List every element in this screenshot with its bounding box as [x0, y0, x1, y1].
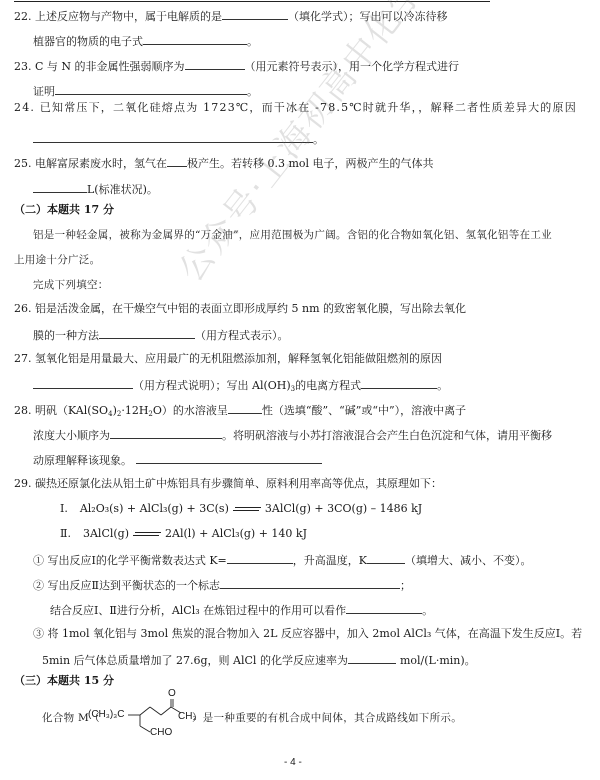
question-28-line3: 动原理解释该现象。	[33, 452, 322, 468]
equilibrium-arrow-icon	[133, 530, 161, 538]
question-text: L(标准状况)。	[87, 183, 158, 196]
reaction-1: Ⅰ.Al₂O₃(s) + AlCl₃(g) + 3C(s)3AlCl(g) + …	[60, 502, 422, 516]
reaction-products: 3AlCl(g) + 3CO(g) – 1486 kJ	[265, 502, 422, 515]
answer-blank[interactable]	[227, 552, 293, 564]
question-text: （填化学式）；写出可以冷冻待移	[288, 10, 448, 23]
section-2-intro: 铝是一种轻金属，被称为金属界的“万金油”，应用范围极为广阔。含铝的化合物如氧化铝…	[33, 228, 552, 242]
question-text: ，升高温度，K	[293, 554, 367, 567]
section-2-intro-cont: 上用途十分广泛。	[14, 253, 100, 267]
question-number: 23.	[14, 60, 32, 73]
tert-butyl-group: (CH₃)₃C	[88, 709, 124, 720]
answer-blank[interactable]	[222, 8, 288, 20]
question-text: 电解富尿素废水时，氢气在	[35, 157, 167, 170]
punctuation: 。	[437, 379, 448, 392]
answer-blank[interactable]	[33, 377, 133, 389]
question-text: （用元素符号表示），用一个化学方程式进行	[245, 60, 460, 73]
punctuation: 。	[422, 604, 433, 617]
section-3-title: （三）本题共 15 分	[14, 674, 114, 688]
reaction-reactants: Al₂O₃(s) + AlCl₃(g) + 3C(s)	[80, 502, 229, 515]
question-28: 28. 明矾（KAl(SO4)2·12H2O）的水溶液呈性（选填“酸”、“碱”或…	[14, 402, 466, 418]
answer-blank[interactable]	[346, 602, 422, 614]
question-text: ·12H	[121, 404, 148, 417]
question-27-line2: （用方程式说明）；写出 Al(OH)3的电离方程式。	[33, 377, 448, 393]
question-22-line2: 植器官的物质的电子式。	[33, 33, 258, 49]
question-text: 5min 后气体总质量增加了 27.6g，则 AlCl 的化学反应速率为	[42, 654, 348, 667]
question-text: 氢氧化铝是用量最大、应用最广的无机阻燃添加剂，解释氢氧化铝能做阻燃剂的原因	[35, 352, 442, 365]
question-text: 结合反应Ⅰ、Ⅱ进行分析，AlCl₃ 在炼铝过程中的作用可以看作	[50, 604, 346, 617]
question-text: 。将明矾溶液与小苏打溶液混合会产生白色沉淀和气体，请用平衡移	[222, 429, 552, 442]
question-27: 27. 氢氧化铝是用量最大、应用最广的无机阻燃添加剂，解释氢氧化铝能做阻燃剂的原…	[14, 352, 442, 366]
skeletal-formula-icon	[88, 694, 198, 750]
question-24: 24. 已知常压下，二氧化硅熔点为 1723℃，而干冰在 -78.5℃时就升华，…	[14, 101, 577, 115]
question-text: （填增大、减小、不变）。	[405, 554, 532, 567]
reaction-label: Ⅱ.	[60, 527, 71, 540]
aldehyde-group: CHO	[150, 727, 172, 738]
question-text: ② 写出反应Ⅱ达到平衡状态的一个标志	[33, 579, 220, 592]
reaction-label: Ⅰ.	[60, 502, 68, 515]
punctuation: 。	[247, 85, 258, 98]
question-23: 23. C 与 N 的非金属性强弱顺序为（用元素符号表示），用一个化学方程式进行	[14, 58, 459, 74]
reaction-reactants: 3AlCl(g)	[83, 527, 129, 540]
question-number: 25.	[14, 157, 32, 170]
question-26-line2: 膜的一种方法（用方程式表示）。	[33, 327, 289, 343]
section-2-instruction: 完成下列填空：	[33, 278, 109, 292]
question-text: 证明	[33, 85, 55, 98]
question-28-line2: 浓度大小顺序为。将明矾溶液与小苏打溶液混合会产生白色沉淀和气体，请用平衡移	[33, 427, 552, 443]
sub-question-3-cont: 5min 后气体总质量增加了 27.6g，则 AlCl 的化学反应速率为mol/…	[42, 652, 476, 668]
punctuation: 。	[313, 133, 324, 146]
answer-blank[interactable]	[99, 327, 195, 339]
question-number: 26.	[14, 302, 32, 315]
answer-blank[interactable]	[361, 377, 437, 389]
question-text: 浓度大小顺序为	[33, 429, 110, 442]
question-text: ① 写出反应Ⅰ的化学平衡常数表达式 K=	[33, 554, 227, 567]
answer-blank[interactable]	[136, 452, 322, 464]
reaction-2: Ⅱ.3AlCl(g)2Al(l) + AlCl₃(g) + 140 kJ	[60, 527, 307, 541]
sub-question-2-cont: 结合反应Ⅰ、Ⅱ进行分析，AlCl₃ 在炼铝过程中的作用可以看作。	[50, 602, 433, 618]
question-23-line2: 证明。	[33, 83, 258, 99]
section-2-title: （二）本题共 17 分	[14, 203, 114, 217]
question-text: 明矾（KAl(SO	[35, 404, 108, 417]
question-26: 26. 铝是活泼金属，在干燥空气中铝的表面立即形成厚约 5 nm 的致密氧化膜，…	[14, 302, 466, 316]
equilibrium-arrow-icon	[233, 505, 261, 513]
answer-blank[interactable]	[348, 652, 396, 664]
question-text: （用方程式表示）。	[195, 329, 289, 342]
answer-blank[interactable]	[228, 402, 262, 414]
question-number: 29.	[14, 477, 32, 490]
page-number: - 4 -	[284, 757, 302, 768]
sub-question-3: ③ 将 1mol 氧化铝与 3mol 焦炭的混合物加入 2L 反应容器中，加入 …	[33, 627, 582, 641]
question-text: 动原理解释该现象。	[33, 454, 132, 467]
question-text: （用方程式说明）；写出 Al(OH)	[133, 379, 291, 392]
question-text: 铝是活泼金属，在干燥空气中铝的表面立即形成厚约 5 nm 的致密氧化膜，写出除去…	[35, 302, 466, 315]
answer-blank[interactable]	[55, 83, 247, 95]
question-text: mol/(L·min)。	[400, 654, 476, 667]
punctuation: 。	[247, 35, 258, 48]
question-text: 上述反应物与产物中，属于电解质的是	[35, 10, 222, 23]
sub-question-2: ② 写出反应Ⅱ达到平衡状态的一个标志；	[33, 577, 411, 593]
answer-blank[interactable]	[110, 427, 222, 439]
question-25: 25. 电解富尿素废水时，氢气在极产生。若转移 0.3 mol 电子，两极产生的…	[14, 155, 434, 171]
question-22: 22. 上述反应物与产物中，属于电解质的是（填化学式）；写出可以冷冻待移	[14, 8, 448, 24]
question-text: 性（选填“酸”、“碱”或“中”），溶液中离子	[262, 404, 466, 417]
question-text: ③ 将 1mol 氧化铝与 3mol 焦炭的混合物加入 2L 反应容器中，加入 …	[33, 627, 582, 640]
question-number: 27.	[14, 352, 32, 365]
question-number: 24.	[14, 101, 35, 114]
question-29: 29. 碳热还原氯化法从铝土矿中炼铝具有步骤简单、原料利用率高等优点，其原理如下…	[14, 477, 442, 491]
question-text: C 与 N 的非金属性强弱顺序为	[35, 60, 185, 73]
sub-question-1: ① 写出反应Ⅰ的化学平衡常数表达式 K=，升高温度，K（填增大、减小、不变）。	[33, 552, 532, 568]
question-25-line2: L(标准状况)。	[33, 181, 158, 197]
answer-blank[interactable]	[220, 577, 400, 589]
question-text: 碳热还原氯化法从铝土矿中炼铝具有步骤简单、原料利用率高等优点，其原理如下：	[35, 477, 442, 490]
answer-blank[interactable]	[167, 155, 187, 167]
question-text: 已知常压下，二氧化硅熔点为 1723℃，而干冰在 -78.5℃时就升华，，解释二…	[40, 101, 577, 114]
answer-blank[interactable]	[33, 131, 313, 143]
question-text: 植器官的物质的电子式	[33, 35, 143, 48]
carbonyl-oxygen: O	[168, 688, 176, 699]
punctuation: ；	[400, 579, 411, 592]
top-rule	[14, 1, 490, 2]
question-24-line2: 。	[33, 131, 324, 147]
answer-blank[interactable]	[185, 58, 245, 70]
question-text: O）的水溶液呈	[153, 404, 228, 417]
question-number: 22.	[14, 10, 32, 23]
compound-suffix: ）是一种重要的有机合成中间体，其合成路线如下所示。	[192, 711, 462, 725]
question-text: 的电离方程式	[295, 379, 361, 392]
reaction-products: 2Al(l) + AlCl₃(g) + 140 kJ	[165, 527, 307, 540]
question-text: 膜的一种方法	[33, 329, 99, 342]
answer-blank[interactable]	[367, 552, 405, 564]
answer-blank[interactable]	[33, 181, 87, 193]
compound-m-structure: (CH₃)₃C O CH₃ CHO	[88, 694, 198, 744]
question-text: 极产生。若转移 0.3 mol 电子，两极产生的气体共	[187, 157, 434, 170]
answer-blank[interactable]	[143, 33, 247, 45]
question-number: 28.	[14, 404, 32, 417]
